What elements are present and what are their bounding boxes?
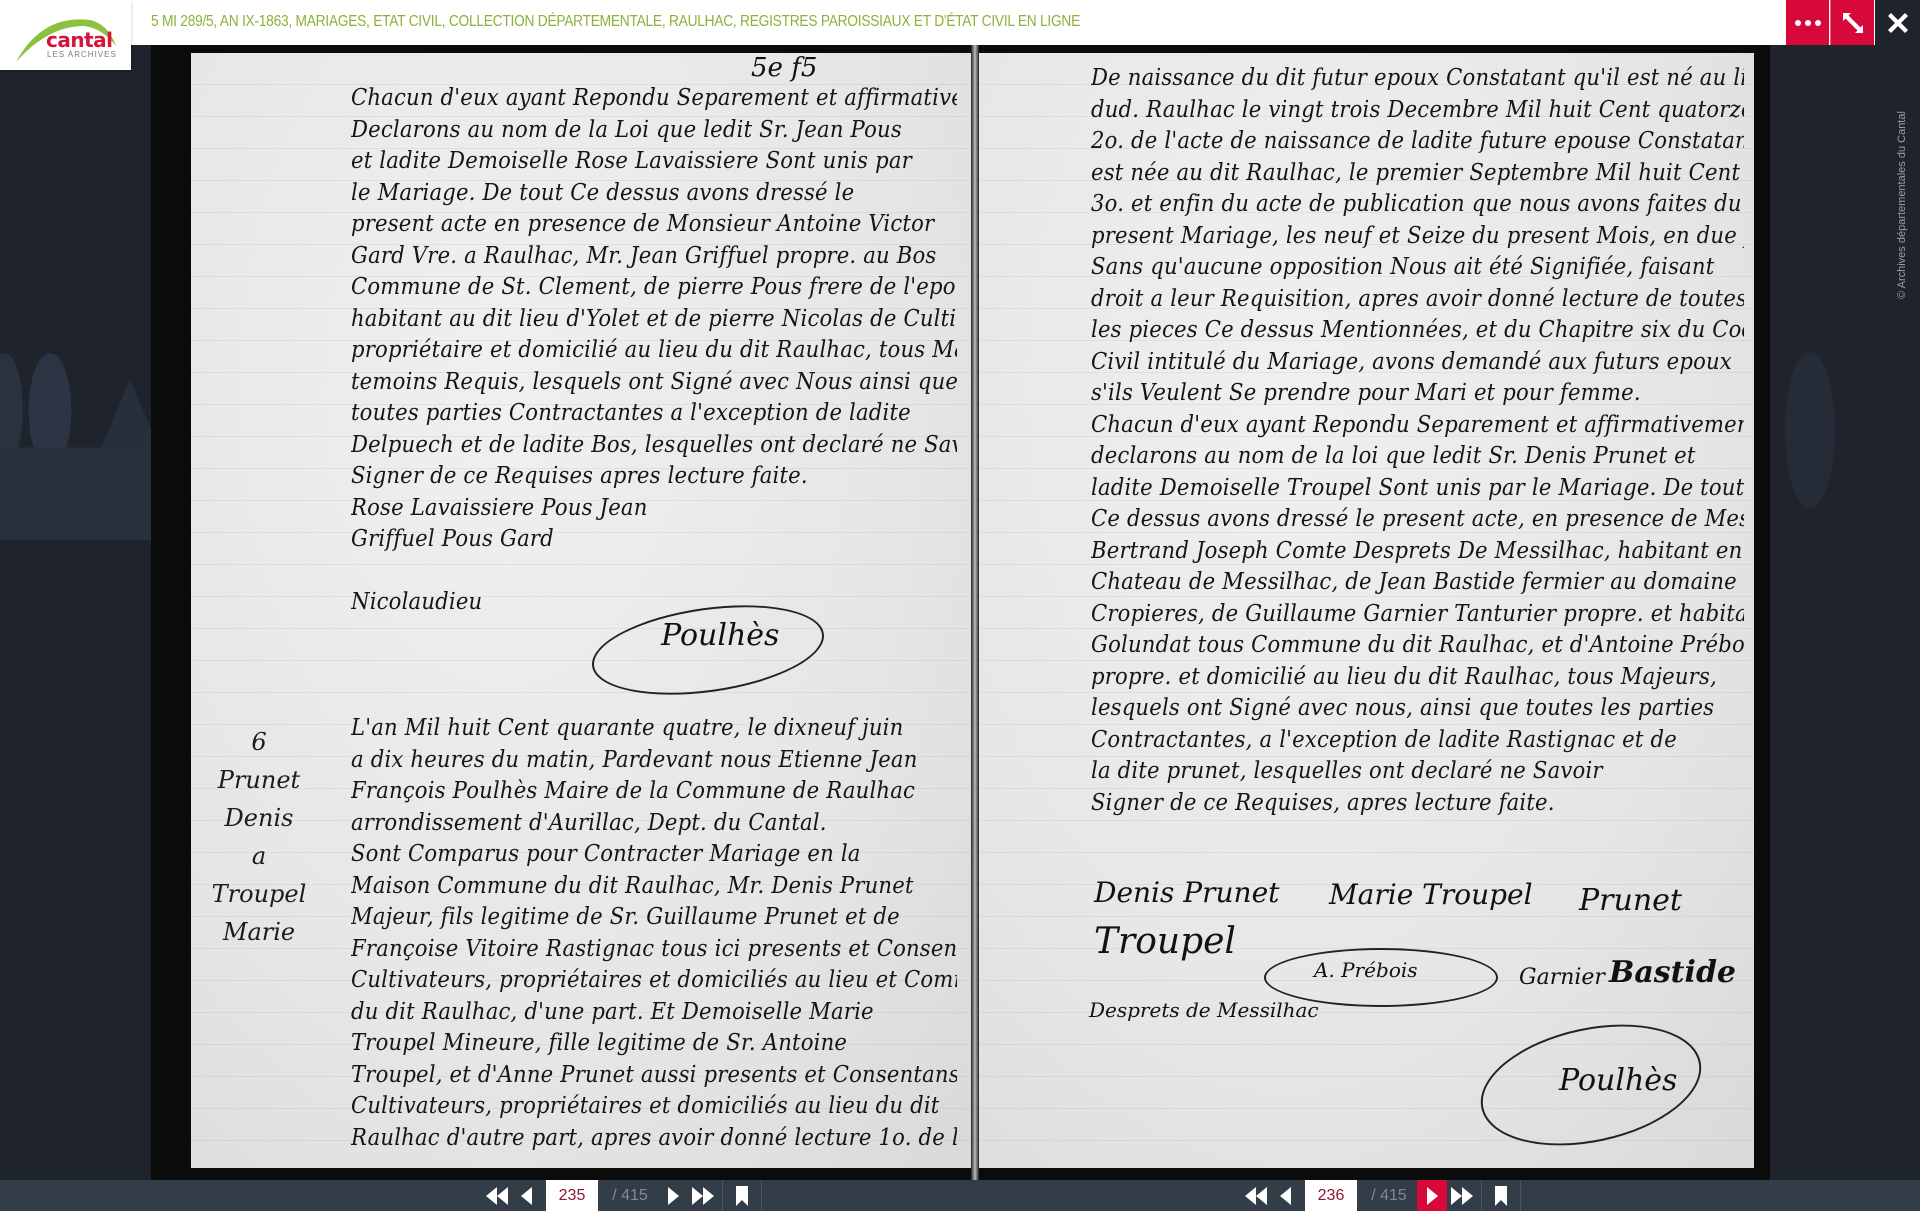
last-page-button-right[interactable] (1447, 1180, 1477, 1211)
divider (761, 1180, 762, 1211)
logo-wordmark: cantal (46, 28, 113, 52)
signature-desprets: Desprets de Messilhac (1089, 998, 1319, 1022)
signature-garnier: Garnier (1519, 965, 1605, 990)
first-page-button-left[interactable] (482, 1180, 512, 1211)
chevron-left-icon (1280, 1187, 1292, 1205)
document-title: 5 MI 289/5, AN IX-1863, MARIAGES, ETAT C… (151, 13, 1080, 31)
signature-troupel: Troupel (1094, 921, 1236, 962)
chevron-left-icon (521, 1187, 533, 1205)
background-decoration-left (0, 320, 151, 540)
page-number-input-left[interactable] (546, 1180, 598, 1211)
previous-page-button-left[interactable] (512, 1180, 542, 1211)
bookmark-button-left[interactable] (727, 1180, 757, 1211)
chevron-right-icon (1426, 1187, 1438, 1205)
right-page-text: De naissance du dit futur epoux Constata… (1091, 63, 1744, 819)
pagination-bar: / 415 / 415 (0, 1180, 1920, 1211)
signature-denis-prunet: Denis Prunet (1094, 876, 1279, 909)
divider (1481, 1180, 1482, 1211)
document-viewer[interactable]: 5e f5 Chacun d'eux ayant Repondu Separem… (151, 45, 1770, 1180)
header-bar: 5 MI 289/5, AN IX-1863, MARIAGES, ETAT C… (0, 0, 1920, 45)
logo-subtitle: LES ARCHIVES (47, 50, 117, 59)
signature-marie-troupel: Marie Troupel (1329, 878, 1533, 911)
signature-prunet: Prunet (1579, 883, 1682, 918)
page-number-input-right[interactable] (1305, 1180, 1357, 1211)
next-page-button-right[interactable] (1417, 1180, 1447, 1211)
more-options-button[interactable] (1786, 0, 1829, 45)
ellipsis-icon (1795, 20, 1821, 26)
page-total-right: / 415 (1361, 1187, 1417, 1205)
double-chevron-left-icon (1245, 1187, 1267, 1205)
bookmark-icon (735, 1186, 749, 1206)
page-gutter (971, 45, 979, 1180)
double-chevron-right-icon (692, 1187, 714, 1205)
left-page-image[interactable]: 5e f5 Chacun d'eux ayant Repondu Separem… (191, 53, 974, 1168)
double-chevron-left-icon (486, 1187, 508, 1205)
last-page-button-left[interactable] (688, 1180, 718, 1211)
cantal-archives-logo[interactable]: cantal LES ARCHIVES (0, 0, 131, 70)
first-page-button-right[interactable] (1241, 1180, 1271, 1211)
mayor-signature: Poulhès (661, 618, 779, 653)
divider (1520, 1180, 1521, 1211)
bookmark-icon (1494, 1186, 1508, 1206)
chevron-right-icon (667, 1187, 679, 1205)
folio-annotation: 5e f5 (751, 53, 817, 83)
signature-prebois: A. Prébois (1314, 958, 1418, 982)
right-page-navigation: / 415 (1241, 1180, 1525, 1211)
signature-bastide: Bastide (1609, 955, 1736, 990)
fullscreen-button[interactable] (1830, 0, 1874, 45)
double-chevron-right-icon (1451, 1187, 1473, 1205)
left-page-navigation: / 415 (482, 1180, 766, 1211)
signature-poulhes: Poulhès (1559, 1063, 1677, 1098)
background-decoration-right (1770, 300, 1850, 560)
close-x-icon (1887, 12, 1909, 34)
next-page-button-left[interactable] (658, 1180, 688, 1211)
divider (722, 1180, 723, 1211)
margin-annotation: 6 Prunet Denis a Troupel Marie (199, 723, 319, 951)
right-page-image[interactable]: De naissance du dit futur epoux Constata… (979, 53, 1754, 1168)
expand-arrows-icon (1841, 11, 1865, 35)
close-button[interactable] (1875, 0, 1920, 45)
previous-page-button-right[interactable] (1271, 1180, 1301, 1211)
copyright-notice: © Archives départementales du Cantal (1892, 85, 1912, 325)
bookmark-button-right[interactable] (1486, 1180, 1516, 1211)
page-total-left: / 415 (602, 1187, 658, 1205)
